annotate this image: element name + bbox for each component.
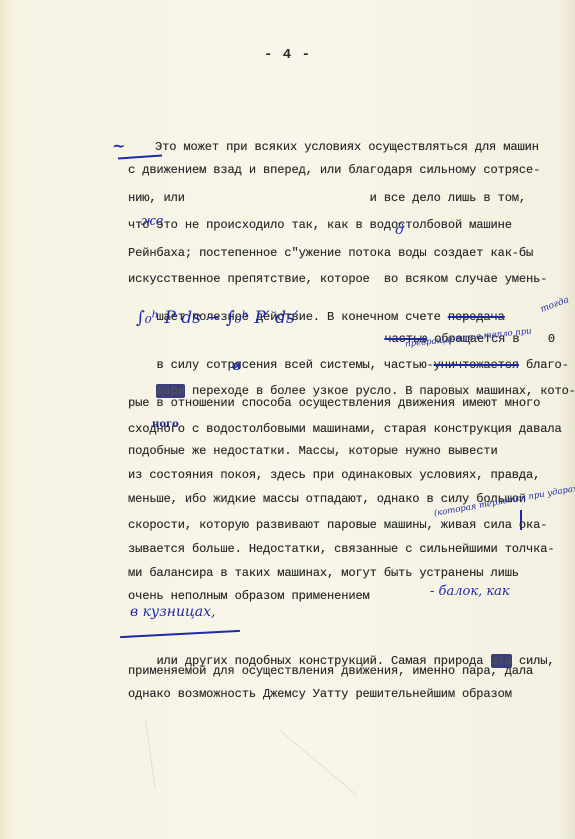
handwritten-note-top-right: тогда xyxy=(539,295,570,315)
text-line-11: рые в отношении способа осуществления дв… xyxy=(128,396,540,410)
text-line-21: применяемой для осуществления движения, … xyxy=(128,664,533,678)
text-line-4: что это не происходило так, как в водост… xyxy=(128,218,512,232)
text-line-13: подобные же недостатки. Массы, которые н… xyxy=(128,444,498,458)
handwritten-insert-v: в xyxy=(232,358,241,374)
handwritten-note-balok: - балок, как xyxy=(430,584,510,599)
text-line-12: сходного с водостолбовыми машинами, стар… xyxy=(128,422,562,436)
text-line-16: скорости, которую развивают паровые маши… xyxy=(128,518,547,532)
page-number: - 4 - xyxy=(0,47,575,63)
margin-underline xyxy=(118,154,162,159)
text-line-14: из состояния покоя, здесь при одинаковых… xyxy=(128,468,540,482)
text-line-2: с движением взад и вперед, или благодаря… xyxy=(128,163,540,177)
text-line-1: Это может при всяких условиях осуществля… xyxy=(155,140,539,154)
handwritten-note-kuznitsah: в кузницах, xyxy=(130,604,215,620)
handwritten-insert-d: д xyxy=(395,222,404,238)
text-line-3: нию, или и все дело лишь в том, xyxy=(128,191,526,205)
text-line-17: зывается больше. Недостатки, связанные с… xyxy=(128,542,554,556)
text-line-19: очень неполным образом применением xyxy=(128,589,370,603)
text-line-5: Рейнбаха; постепенное с"ужение потока во… xyxy=(128,246,533,260)
text-line-6: искусственное препятствие, которое во вс… xyxy=(128,272,547,286)
paper-crease xyxy=(145,720,156,789)
document-page: - 4 - ~ Это может при всяких условиях ос… xyxy=(0,0,575,839)
text-line-22: однако возможность Джемсу Уатту решитель… xyxy=(128,687,512,701)
handwritten-insert-nogo: ного xyxy=(152,419,179,430)
text-line-18: ми балансира в таких машинах, могут быть… xyxy=(128,566,519,580)
paper-crease xyxy=(279,730,356,795)
handwritten-formula: ∫₀ʰ P ds − ∫₀ʰ P′ ds′ xyxy=(136,308,299,328)
margin-mark-icon: ~ xyxy=(112,136,125,155)
insertion-line xyxy=(120,630,240,638)
